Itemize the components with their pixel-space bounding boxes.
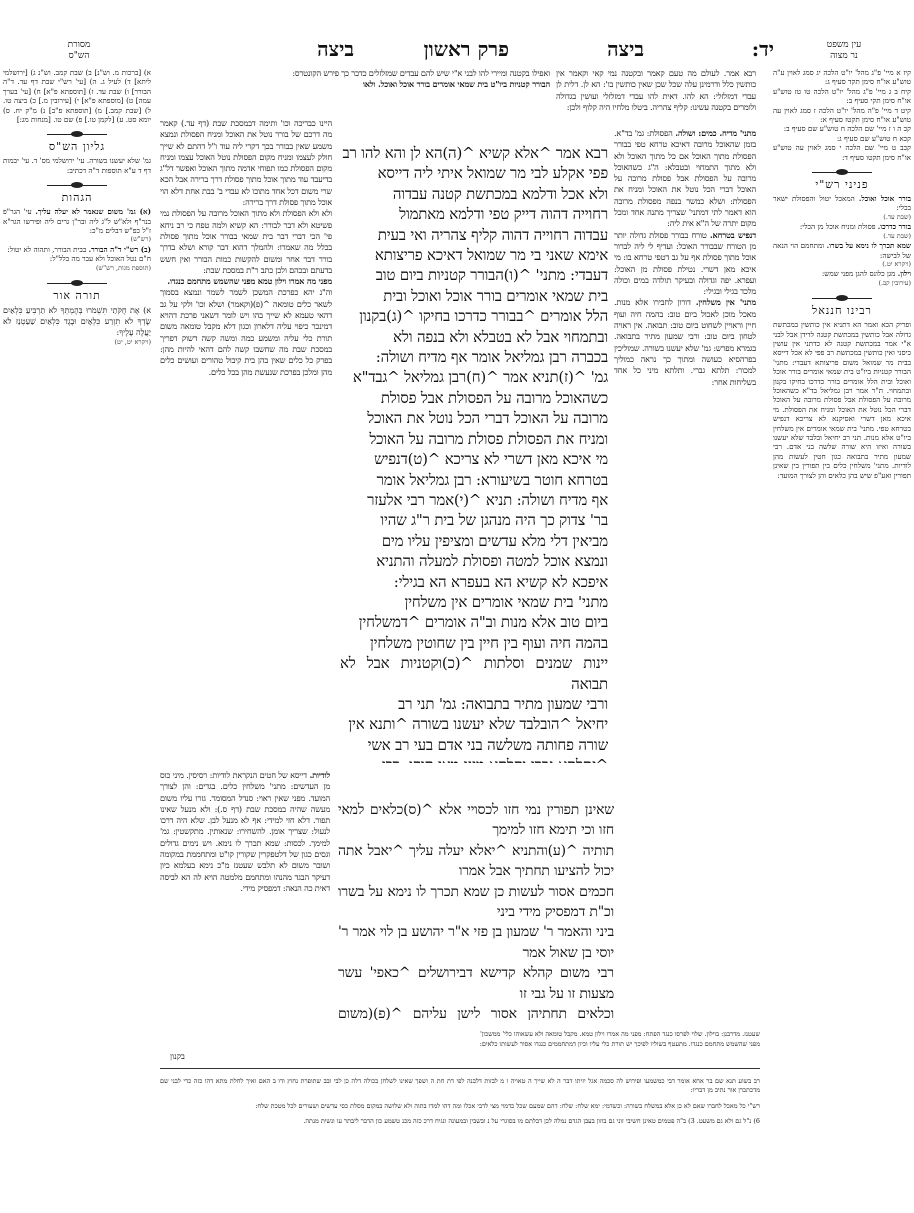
gemara-line: מתני' בית שמאי אומרים אין משלחין bbox=[340, 592, 608, 612]
ein-mishpat-entry: קכא ח טוש"ע שם סעיף ג: bbox=[773, 134, 911, 143]
rashi-text: הפסולת: גמ' בד"א. בזמן שהאוכל מרובה דאיכ… bbox=[614, 128, 756, 228]
rashi-paragraph: מתני' מדיח. כמים: ושולה. הפסולת: גמ' בד"… bbox=[614, 128, 756, 230]
ornament-divider bbox=[47, 279, 107, 287]
penini-head: וילון. bbox=[898, 269, 911, 278]
gemara-line: ונמצא אוכל למטה ופסולת למעלה והתניא bbox=[340, 551, 608, 571]
gemara-line: ובתמחוי אבל לא בטבלא ולא בנפה ולא bbox=[340, 327, 608, 347]
penini-head: בורר כדרכו. bbox=[878, 222, 911, 231]
gemara-line: בכברה רבן גמליאל אומר אף מדיח ושולה: bbox=[340, 347, 608, 367]
penini-ref: (שבת עד.) bbox=[773, 232, 911, 241]
rashi-head: לודיות. bbox=[309, 770, 330, 780]
rashi-text: דייסא של חטים הנקראת לודיות: רסיסין. מינ… bbox=[160, 770, 330, 893]
gemara-line: רחוייה דהוה דייק טפי ודלמא מאתמול bbox=[340, 204, 608, 224]
penini-entry: בורר כדרכו. פסולת ומניח אוכל מן הכלי: bbox=[773, 222, 911, 231]
ein-mishpat-entry: קכ ה ו ז מיי' שם הלכה ח טוש"ע שם סעיף ב: bbox=[773, 124, 911, 133]
bottom-notes: 6) נ"ל גם ולא גם משעט. 3) ב"ה פטמים טאינ… bbox=[160, 1117, 760, 1126]
gemara-line: מביאין דלי מלא עדשים ומציפין עליו מים bbox=[340, 531, 608, 551]
rashi-continuation: שעטנז. מדרבנן: בוילון. שלוי לפרסו כנגד ה… bbox=[160, 1030, 760, 1050]
page-header: עין משפט נר מצוה יד: ביצה פרק ראשון ביצה… bbox=[0, 38, 914, 66]
gemara-line: תותיה ^(ע)והתניא ^יאלא יעלה עליך ^יאבל א… bbox=[338, 841, 614, 882]
rashi-head: מתני' אין משלחין. bbox=[696, 297, 756, 307]
ein-mishpat-column: קיז א מיי' פ"ג מהל' יו"ט הלכה יג סמג לאו… bbox=[773, 68, 911, 1028]
hagahot-entry: (ב) רש"י ד"ה הבורר. בבית הבורר, ותהוה לא… bbox=[3, 245, 151, 254]
gemara-wide-column: שאינן תפורין נמי חזו לכסויי אלא ^(ס)כלאי… bbox=[338, 800, 614, 1020]
footnote-line: שעטנז. מדרבנן: בוילון. שלוי לפרסו כנגד ה… bbox=[160, 1030, 760, 1039]
gemara-line: איפכא לא קשיא הא בעפרא הא בגילי: bbox=[340, 572, 608, 592]
tosafot-top: ואפילו בקטנה ומיירי להו לבני א"י שיש להם… bbox=[160, 68, 550, 116]
penini-ref: (ויקרא יט.) bbox=[773, 260, 911, 269]
gemara-line: עבדוה רחוייה דהוה קליף צהריה ואי בעית bbox=[340, 225, 608, 245]
penini-entry: וילון. מגן כלונס להגן מפני שמש: bbox=[773, 269, 911, 278]
mesoret-hashas-column: א) [ברכות מ. וש"נ] ב) שבת קמב. וש"נ ג) [… bbox=[3, 68, 151, 708]
gemara-line: דעבדי: מתני' ^(ו)הבורר קטניות ביום טוב bbox=[340, 265, 608, 285]
gemara-line: כשהאוכל מרובה על הפסולת אבל פסולת bbox=[340, 388, 608, 408]
torah-or-title: תורה אור bbox=[3, 289, 151, 303]
chapter-name: פרק ראשון bbox=[424, 38, 509, 60]
talmud-page: עין משפט נר מצוה יד: ביצה פרק ראשון ביצה… bbox=[0, 0, 914, 1213]
gemara-line: פפי אקלע לבי מר שמואל איתי ליה דייסא bbox=[340, 163, 608, 183]
gilyon-hashas-text: גמ' שלא יעשנו בשורה. עי' ירושלמי מס' ד. … bbox=[3, 156, 151, 175]
tosafot-paragraph: וה"נ יהא כפרכת המשכן לשמר לשמר ונמצא בסמ… bbox=[160, 287, 332, 377]
penini-text: פסולת ומניח אוכל מן הכלי: bbox=[800, 222, 876, 231]
gemara-line: בהמה חיה ועוף בין חיין בין שחוטין משלחין bbox=[340, 633, 608, 653]
penini-text: מגן כלונס להגן מפני שמש: bbox=[822, 269, 896, 278]
gemara-line: ומניח את הפסולת פסולת מרובה על האוכל bbox=[340, 429, 608, 449]
tosafot-paragraph: ולא ולא הפסולת ולא מתוך האוכל מרובה על ה… bbox=[160, 208, 332, 276]
penini-entry: שמא תכרך לו נימא על בשרו. ומתחמם הוי הנא… bbox=[773, 241, 911, 260]
ein-mishpat-entry: קיז א מיי' פ"ג מהל' יו"ט הלכה יג סמג לאו… bbox=[773, 68, 911, 87]
bottom-commentary-line: רב בשוע תנא שם בר אחא אומר דבי כמשמעו ופ… bbox=[160, 1077, 760, 1095]
rashi-intro: רבא אמר. לעולם מה טעם קאמר ובקטנה נמי קא… bbox=[556, 68, 756, 113]
rashi-head: דנפיש בטרחא. bbox=[710, 230, 756, 240]
catchword: בקנון bbox=[170, 1052, 185, 1061]
tosafot-dibbur-hamatchil: מפני מה אמרו וילון טמא מפני שהשמש מתחמם … bbox=[160, 276, 332, 287]
gemara-line: ורבי שמעון מתיר בתבואה: גמ' תני רב bbox=[340, 694, 608, 714]
gemara-line: גמ' ^(ז)תניא אמר ^(ח)רבן גמליאל ^גבד"א bbox=[340, 367, 608, 387]
footnote-line: מפני שהשמש מתחמם כנגדו. מתעטף בשוליו לפי… bbox=[160, 1040, 760, 1049]
hagahot-title: הגהות bbox=[3, 191, 151, 205]
rashi-text: דורון לחבירו אלא מנות. מאכל מוכן לאכול ב… bbox=[614, 297, 756, 386]
tosafot-intro: ואפילו בקטנה ומיירי להו לבני א"י שיש להם… bbox=[160, 68, 550, 79]
tractate-name-right: ביצה bbox=[607, 38, 644, 60]
penini-rashi-title: פניני רש"י bbox=[773, 178, 911, 192]
gemara-line: הלל אומרים ^בבורר כדרכו בחיקו ^(ג)בקנון bbox=[340, 306, 608, 326]
penini-head: שמא תכרך לו נימא על בשרו. bbox=[827, 241, 911, 250]
gemara-line: וכלאים תחתיהן אסור לישן עליהם ^(פ)(משום … bbox=[338, 1004, 614, 1020]
rashi-lower-column: לודיות. דייסא של חטים הנקראת לודיות: רסי… bbox=[160, 770, 330, 1015]
gemara-line: אף מדיח ושולה: תניא ^(י)אמר רבי אלעזר bbox=[340, 490, 608, 510]
rabbeinu-chananel-text: ופריק הכא ואמר הא דתניא אין כותשין במכתש… bbox=[773, 320, 911, 480]
gemara-line: חכמים אסור לעשות כן שמא תכרך לו נימא על … bbox=[338, 882, 614, 923]
hagahot-head: (ב) רש"י ד"ה הבורר. bbox=[89, 245, 151, 254]
hagahot-extra: ח"ם נטל האוכל ולא עבר מה בלל"ל: bbox=[3, 254, 151, 263]
gemara-line: אימא שאני בי מר שמואל דאיכא פריצותא bbox=[340, 245, 608, 265]
ornament-divider bbox=[47, 130, 107, 138]
gemara-line: בטרחא חוטר בשיעורא: רבן גמליאל אומר bbox=[340, 470, 608, 490]
ein-mishpat-entry: קכב ט מיי' שם הלכה י סמג לאוין עה טוש"ע … bbox=[773, 143, 911, 162]
gilyon-hashas-title: גליון הש"ס bbox=[3, 140, 151, 154]
ner-mitzvah-label: נר מצוה bbox=[814, 51, 874, 62]
tractate-name-left: ביצה bbox=[317, 38, 354, 60]
tosafot-column: היינו כבריכה וכו' ותימה דבמסכת שבת (דף ע… bbox=[160, 118, 332, 768]
daf-number: יד: bbox=[752, 38, 774, 60]
rashi-head: מתני' מדיח. כמים: ושולה. bbox=[675, 128, 756, 138]
gemara-line: רבא אמר ^אלא קשיא ^(ה)הא לן והא להו רב bbox=[340, 143, 608, 163]
gemara-line: ביום טוב אלא מנות וב"ה אומרים ^דמשלחין bbox=[340, 612, 608, 632]
mesoret-hashas-heading: מסורת הש"ס bbox=[54, 40, 104, 62]
hagahot-ref: (רש"ש) bbox=[3, 235, 151, 244]
rashi-top: רבא אמר. לעולם מה טעם קאמר ובקטנה נמי קא… bbox=[556, 68, 756, 126]
tosafot-heading-line: הבורר קטניות ביו"ט בית שמאי אומרים בורר … bbox=[160, 79, 550, 90]
gemara-line: יחיאל ^הובלבד שלא יעשנו בשורה ^ותנא אין bbox=[340, 714, 608, 734]
ein-mishpat-entry: קיח ב ג מיי' פ"ג מהל' יו"ט הלכה טו טז טו… bbox=[773, 87, 911, 106]
gemara-line: בר' צדוק כך היה מנהגן של בית ר"ג שהיו bbox=[340, 510, 608, 530]
gemara-line: ולא אכל ודלמא במכתשת קטנה עבדוה bbox=[340, 184, 608, 204]
ornament-divider bbox=[47, 181, 107, 189]
hagahot-extra-ref: (תוספת מגות, רש"ש) bbox=[3, 264, 151, 273]
ein-mishpat-entry: קיט ד מיי' פ"ה מהל' יו"ט הלכה ז סמג לאוי… bbox=[773, 106, 911, 125]
ein-mishpat-label: עין משפט bbox=[814, 40, 874, 51]
penini-ref: (שבת עד.) bbox=[773, 213, 911, 222]
torah-or-ref: (ויקרא יט, יט) bbox=[3, 338, 151, 347]
gemara-line: מרובה על האוכל דברי הכל נוטל את האוכל bbox=[340, 408, 608, 428]
hagahot-text: בבית הבורר, ותהוה לא יטול: bbox=[7, 245, 86, 254]
gemara-line: שאינן תפורין נמי חזו לכסויי אלא ^(ס)כלאי… bbox=[338, 800, 614, 841]
hagahot-entry: (א) גמ' משום שנאמר לא יעלה עליך. עי' הגר… bbox=[3, 207, 151, 235]
gemara-line: מי איכא מאן דשרי לא צריכא ^(ט)דנפיש bbox=[340, 449, 608, 469]
penini-entry: בורר אוכל ואוכל. המאכל יטול והפסולת ישאר… bbox=[773, 194, 911, 213]
ein-mishpat-heading: עין משפט נר מצוה bbox=[814, 40, 874, 62]
gemara-line: רבי משום קהלא קדישא דבירושלים ^כאפי' עשר… bbox=[338, 963, 614, 1004]
hashas-label: הש"ס bbox=[54, 51, 104, 62]
rashi-column: מתני' מדיח. כמים: ושולה. הפסולת: גמ' בד"… bbox=[614, 128, 756, 1023]
ornament-divider bbox=[812, 294, 872, 302]
penini-ref: (עירובין קב.) bbox=[773, 279, 911, 288]
mesoret-entries: א) [ברכות מ. וש"נ] ב) שבת קמב. וש"נ ג) [… bbox=[3, 68, 151, 124]
gemara-line: ביני והאמר ר' שמעון בן פזי א"ר יהושע בן … bbox=[338, 922, 614, 963]
ornament-divider bbox=[812, 168, 872, 176]
rashi-paragraph: לודיות. דייסא של חטים הנקראת לודיות: רסי… bbox=[160, 770, 330, 894]
rabbeinu-chananel-title: רבינו חננאל bbox=[773, 304, 911, 318]
bottom-commentary: רב בשוע תנא שם בר אחא אומר דבי כמשמעו ופ… bbox=[160, 1068, 760, 1133]
gemara-line: בית שמאי אומרים בורר אוכל ואוכל ובית bbox=[340, 286, 608, 306]
bottom-commentary-line: רש"י כל מאכל לחברו שאם לא כן אלא במשלח ב… bbox=[160, 1102, 760, 1111]
gemara-column: רבא אמר ^אלא קשיא ^(ה)הא לן והא להו רב פ… bbox=[340, 143, 608, 763]
mesoret-label: מסורת bbox=[54, 40, 104, 51]
tosafot-paragraph: היינו כבריכה וכו' ותימה דבמסכת שבת (דף ע… bbox=[160, 118, 332, 208]
gemara-line: יינות שמנים וסלתות ^(כ)וקטניות אבל לא תב… bbox=[340, 653, 608, 694]
gemara-line: שורה פחותה משלשה בני אדם בעי רב אשי bbox=[340, 735, 608, 755]
rashi-paragraph: מתני' אין משלחין. דורון לחבירו אלא מנות.… bbox=[614, 297, 756, 387]
gemara-line: ^זתלתא גברי ותלתא מיני מאי תיקו: רבי bbox=[340, 755, 608, 763]
penini-head: בורר אוכל ואוכל. bbox=[859, 194, 911, 203]
rashi-paragraph: דנפיש בטרחא. טורח בבורר פסולת גדולה יותר… bbox=[614, 230, 756, 298]
hagahot-head: (א) גמ' משום שנאמר לא יעלה עליך. bbox=[35, 207, 151, 216]
torah-or-verse: א) אֶת חֻקֹּתַי תִּשְׁמֹרוּ בְּהֶמְתְּךָ… bbox=[3, 305, 151, 338]
